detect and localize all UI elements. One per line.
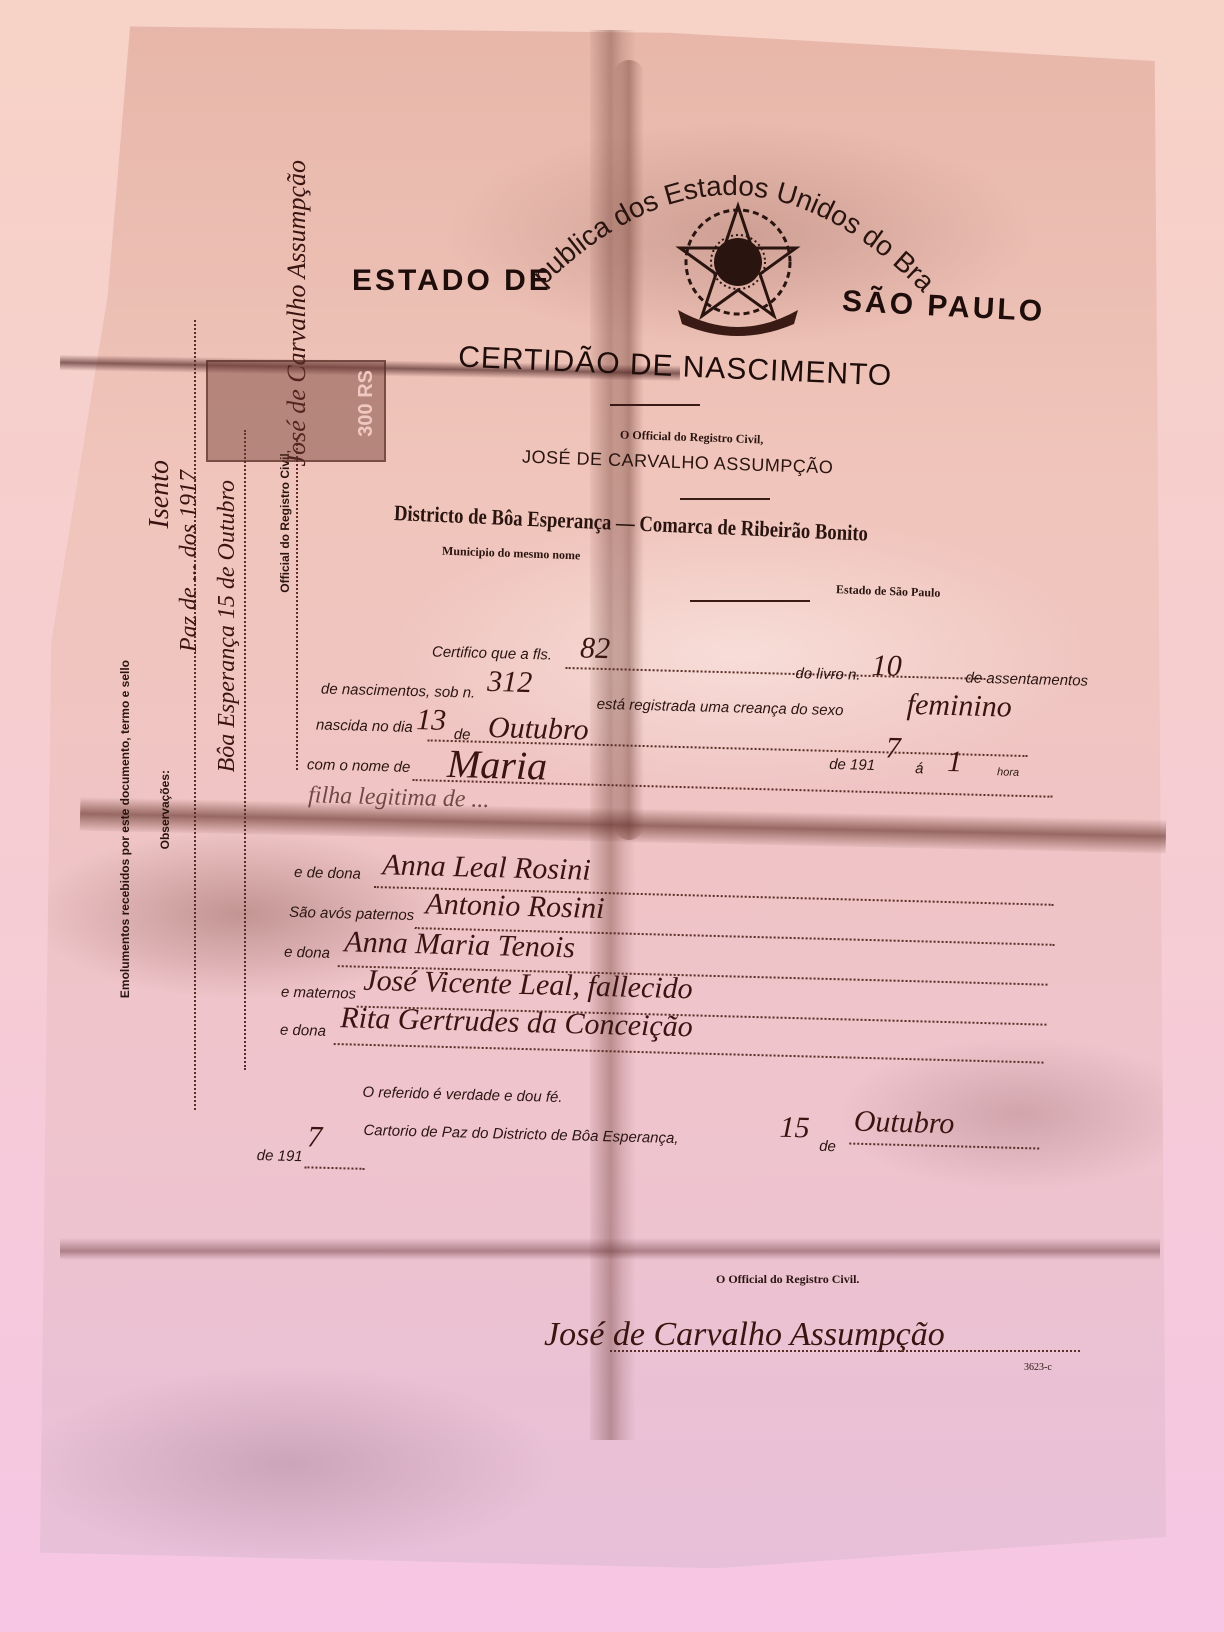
filiacao-value: filha legitima de ...	[308, 782, 490, 814]
margin-line	[244, 430, 246, 1070]
cartorio-dia: 15	[779, 1111, 810, 1146]
revenue-stamp: 300 RS	[206, 360, 386, 462]
livro-label: do livro n.	[795, 665, 860, 684]
certifico-label: Certifico que a fls.	[432, 643, 552, 663]
ano-label: de 191	[829, 756, 875, 774]
avos-paternos-label: São avós paternos	[289, 904, 414, 924]
divider	[690, 600, 810, 602]
cartorio-ano-label: de 191	[257, 1147, 303, 1165]
signature: José de Carvalho Assumpção	[544, 1316, 945, 1354]
mae-label: e de dona	[294, 864, 361, 883]
observacoes-value-1: Paz de ... dos 1917	[176, 470, 203, 652]
emolumentos-value: Isento	[144, 460, 176, 528]
fls-value: 82	[580, 631, 611, 666]
observacoes-value-2: Bôa Esperança 15 de Outubro	[214, 480, 241, 772]
dia-value: 13	[416, 703, 447, 738]
avo-paterna-label: e dona	[284, 944, 330, 962]
sexo-value: feminino	[906, 688, 1012, 725]
nascida-label: nascida no dia	[316, 716, 413, 736]
ano-value: 7	[885, 731, 901, 765]
hora-label: hora	[997, 766, 1019, 779]
divider	[610, 404, 700, 406]
nome-value: Maria	[446, 740, 547, 790]
avos-maternos-label: e maternos	[281, 984, 356, 1003]
cartorio-ano-value: 7	[307, 1120, 323, 1154]
stamp-value: 300 RS	[355, 370, 378, 437]
fold-lower	[60, 1238, 1160, 1260]
form-code: 3623-c	[1024, 1362, 1052, 1373]
nome-label: com o nome de	[307, 756, 411, 776]
avos-paternos-value: Antonio Rosini	[425, 887, 605, 926]
cartorio-mes: Outubro	[853, 1105, 954, 1142]
emolumentos-label: Emolumentos recebidos por este documento…	[118, 660, 132, 998]
coat-of-arms-icon	[668, 198, 808, 338]
livro-value: 10	[871, 649, 902, 684]
official-label: Official do Registro Civil,	[278, 450, 292, 593]
hora-value: 1	[947, 745, 963, 779]
hora-prefix: á	[915, 760, 924, 777]
assentamentos-label: de assentamentos	[965, 669, 1088, 689]
cartorio-de: de	[819, 1138, 836, 1155]
avo-materna-label: e dona	[280, 1022, 326, 1040]
divider	[680, 498, 770, 500]
signature-caption: O Official do Registro Civil.	[716, 1272, 859, 1287]
margin-line	[296, 440, 298, 770]
margin-line	[194, 320, 196, 1110]
avo-paterna-value: Anna Maria Tenois	[344, 925, 575, 965]
numero-value: 312	[487, 665, 533, 700]
mae-value: Anna Leal Rosini	[382, 848, 591, 887]
observacoes-label: Observações:	[158, 770, 172, 849]
state-left: ESTADO DE	[352, 264, 552, 298]
